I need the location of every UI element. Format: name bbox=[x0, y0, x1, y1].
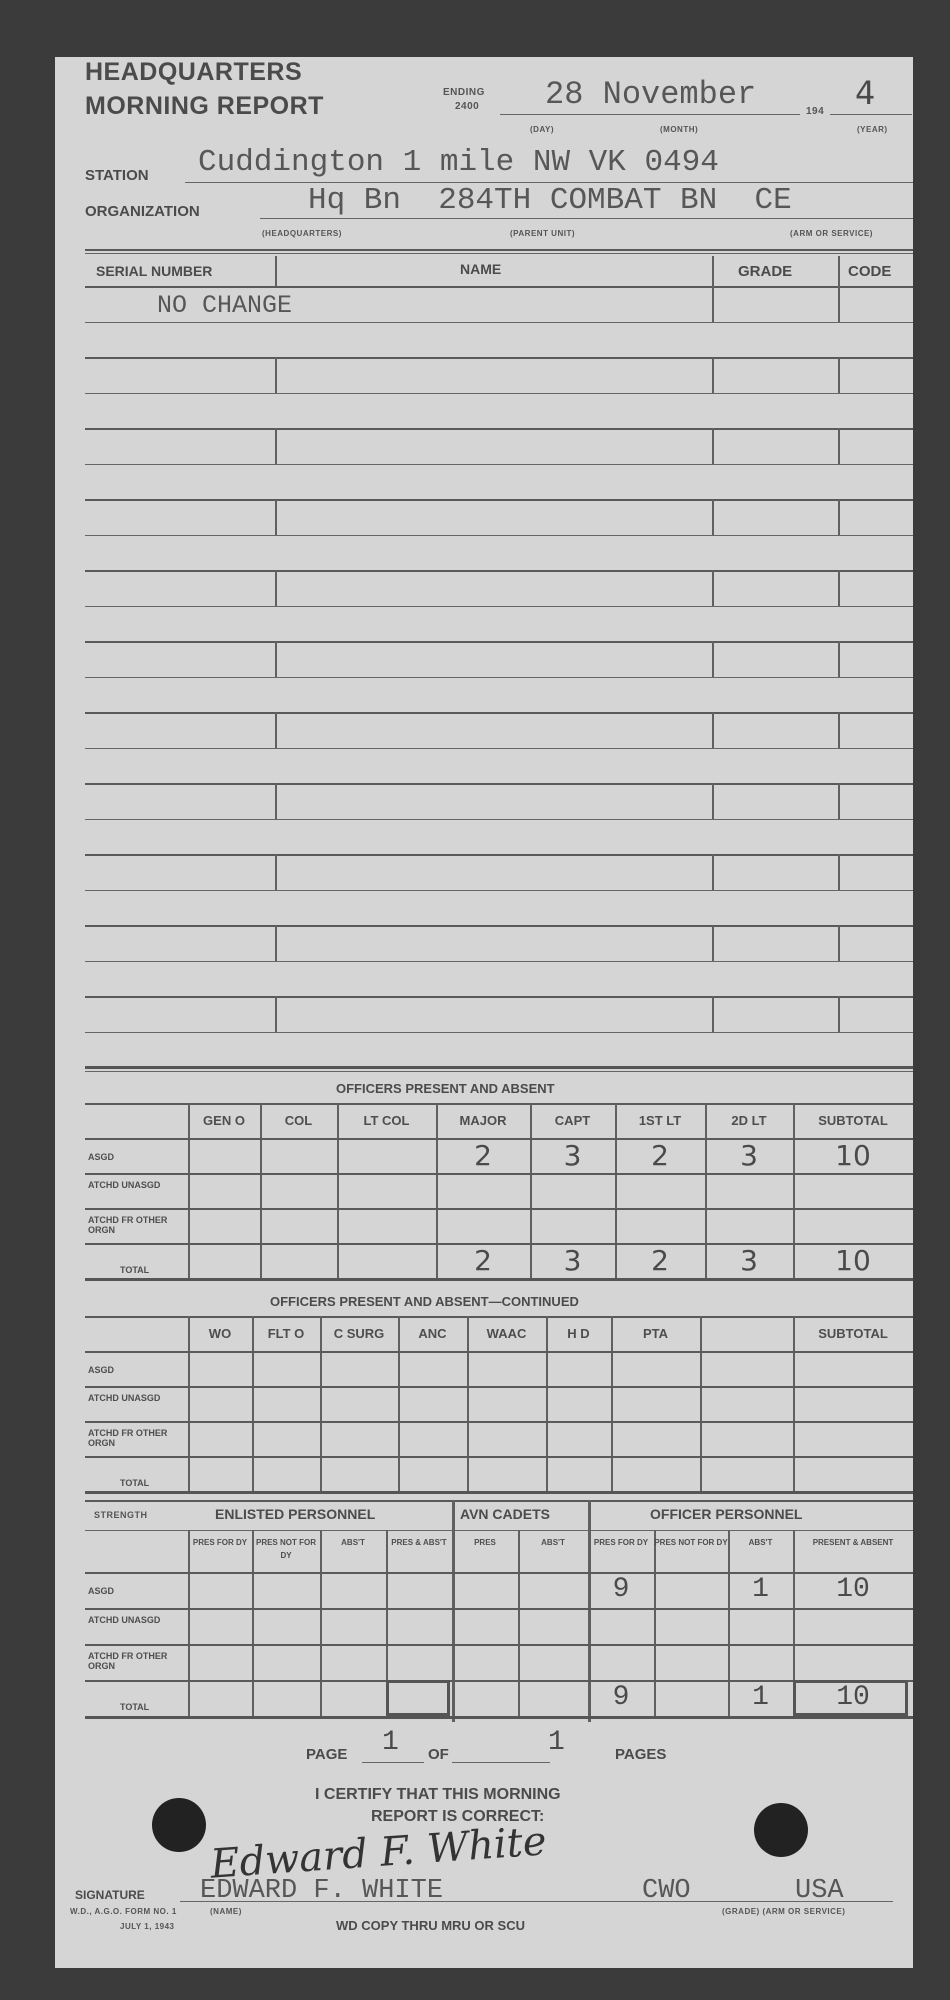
serial-name-divider bbox=[275, 256, 277, 286]
cell-value: 1 bbox=[728, 1574, 793, 1605]
column-divider bbox=[320, 1530, 322, 1716]
column-header: ANC bbox=[398, 1326, 467, 1341]
column-header: WO bbox=[188, 1326, 252, 1341]
cell-value: 10 bbox=[793, 1574, 913, 1605]
column-divider bbox=[700, 1316, 702, 1491]
row-rule bbox=[85, 1351, 913, 1353]
row-divider bbox=[838, 428, 840, 464]
row-label: ASGD bbox=[88, 1152, 183, 1162]
column-header: PRES & ABS'T bbox=[386, 1536, 452, 1549]
row-rule bbox=[85, 322, 913, 323]
row-rule bbox=[85, 535, 913, 536]
row-rule bbox=[85, 1032, 913, 1033]
cell-value: 10 bbox=[793, 1139, 913, 1172]
row-divider bbox=[712, 641, 714, 677]
row-divider bbox=[275, 854, 277, 890]
certify-line-1: I CERTIFY THAT THIS MORNING bbox=[315, 1786, 561, 1804]
headquarters-caption: (HEADQUARTERS) bbox=[262, 229, 342, 238]
row-rule bbox=[85, 641, 913, 643]
group-divider bbox=[452, 1500, 455, 1722]
signature-label: SIGNATURE bbox=[75, 1888, 145, 1902]
column-header: WAAC bbox=[467, 1326, 546, 1341]
report-date: 28 November bbox=[545, 76, 756, 113]
row-divider bbox=[712, 783, 714, 819]
typed-name: EDWARD F. WHITE bbox=[200, 1876, 443, 1906]
cell-value: 2 bbox=[436, 1244, 530, 1277]
column-header: ABS'T bbox=[518, 1536, 588, 1549]
row-divider bbox=[838, 783, 840, 819]
row-divider bbox=[275, 925, 277, 961]
column-header: PTA bbox=[611, 1326, 700, 1341]
column-header: 1ST LT bbox=[615, 1113, 705, 1128]
column-header: SUBTOTAL bbox=[793, 1326, 913, 1341]
avn-cadets-group: AVN CADETS bbox=[460, 1506, 550, 1522]
grid-top-rule bbox=[85, 1103, 913, 1105]
page-number: 1 bbox=[382, 1727, 399, 1758]
column-divider bbox=[337, 1103, 339, 1278]
cell-value: 3 bbox=[530, 1244, 615, 1277]
row-divider bbox=[712, 996, 714, 1032]
column-header: COL bbox=[260, 1113, 337, 1128]
arm-service-caption: (ARM OR SERVICE) bbox=[790, 229, 873, 238]
roster-end-rule bbox=[85, 1071, 913, 1072]
officer-total-box bbox=[793, 1680, 908, 1716]
cell-value: 1 bbox=[728, 1682, 793, 1713]
row-divider bbox=[712, 712, 714, 748]
officers-continued-title: OFFICERS PRESENT AND ABSENT—CONTINUED bbox=[270, 1294, 579, 1309]
column-header: PRES FOR DY bbox=[588, 1536, 654, 1549]
cell-value: 3 bbox=[705, 1244, 793, 1277]
row-divider bbox=[275, 357, 277, 393]
row-label: ATCHD FR OTHER ORGN bbox=[88, 1215, 183, 1235]
cell-value: 2 bbox=[436, 1139, 530, 1172]
year-prefix: 194 bbox=[806, 106, 824, 117]
row-label: ATCHD UNASGD bbox=[88, 1615, 183, 1625]
row-rule bbox=[85, 357, 913, 359]
enlisted-total-box bbox=[386, 1680, 450, 1716]
typed-grade: CWO bbox=[642, 1876, 691, 1906]
row-rule bbox=[85, 499, 913, 501]
row-rule bbox=[85, 1278, 913, 1281]
row-label: TOTAL bbox=[120, 1478, 215, 1488]
cell-value: 3 bbox=[530, 1139, 615, 1172]
row-divider bbox=[275, 499, 277, 535]
pages-label: PAGES bbox=[615, 1746, 666, 1763]
row-label: ASGD bbox=[88, 1586, 183, 1596]
column-header: H D bbox=[546, 1326, 611, 1341]
row-label: TOTAL bbox=[120, 1265, 215, 1275]
row-rule bbox=[85, 677, 913, 678]
row-label: ATCHD UNASGD bbox=[88, 1180, 183, 1190]
group-rule bbox=[85, 1530, 913, 1531]
ending-label: ENDING bbox=[443, 87, 485, 98]
parent-unit-caption: (PARENT UNIT) bbox=[510, 229, 575, 238]
day-caption: (DAY) bbox=[530, 125, 554, 134]
row-rule bbox=[85, 890, 913, 891]
organization-label: ORGANIZATION bbox=[85, 203, 200, 220]
row-divider bbox=[712, 499, 714, 535]
row-divider bbox=[838, 712, 840, 748]
officers-title: OFFICERS PRESENT AND ABSENT bbox=[336, 1081, 555, 1096]
row-divider bbox=[712, 428, 714, 464]
column-divider bbox=[188, 1316, 190, 1491]
grade-arm-caption: (GRADE) (ARM OR SERVICE) bbox=[722, 1907, 845, 1916]
row-divider bbox=[838, 570, 840, 606]
column-divider bbox=[546, 1316, 548, 1491]
column-header: C SURG bbox=[320, 1326, 398, 1341]
row-rule bbox=[85, 1491, 913, 1494]
column-header: ABS'T bbox=[728, 1536, 793, 1549]
row-rule bbox=[85, 1716, 913, 1719]
row-label: ATCHD FR OTHER ORGN bbox=[88, 1428, 183, 1448]
column-divider bbox=[793, 1316, 795, 1491]
column-divider bbox=[188, 1103, 190, 1278]
row-divider bbox=[275, 783, 277, 819]
column-header: CAPT bbox=[530, 1113, 615, 1128]
row-divider bbox=[275, 712, 277, 748]
row-rule bbox=[85, 1644, 913, 1646]
column-header: ABS'T bbox=[320, 1536, 386, 1549]
row-divider bbox=[838, 286, 840, 322]
row-label: TOTAL bbox=[120, 1702, 215, 1712]
month-caption: (MONTH) bbox=[660, 125, 698, 134]
of-label: OF bbox=[428, 1746, 449, 1763]
row-rule bbox=[85, 1173, 913, 1175]
row-rule bbox=[85, 428, 913, 430]
row-rule bbox=[85, 464, 913, 465]
typed-arm: USA bbox=[795, 1876, 844, 1906]
row-divider bbox=[712, 286, 714, 322]
row-divider bbox=[838, 357, 840, 393]
column-divider bbox=[188, 1530, 190, 1716]
column-header: FLT O bbox=[252, 1326, 320, 1341]
row-divider bbox=[838, 641, 840, 677]
row-divider bbox=[838, 925, 840, 961]
row-divider bbox=[838, 854, 840, 890]
organization-value: Hq Bn 284TH COMBAT BN CE bbox=[308, 183, 792, 218]
roster-entry: NO CHANGE bbox=[157, 291, 292, 320]
cell-value: 2 bbox=[615, 1139, 705, 1172]
row-rule bbox=[85, 393, 913, 394]
punch-hole-left bbox=[152, 1798, 206, 1852]
form-date: JULY 1, 1943 bbox=[120, 1922, 174, 1931]
station-label: STATION bbox=[85, 167, 149, 184]
row-divider bbox=[712, 925, 714, 961]
cell-value: 3 bbox=[705, 1139, 793, 1172]
column-divider bbox=[654, 1530, 656, 1716]
column-divider bbox=[611, 1316, 613, 1491]
grade-code-divider bbox=[838, 256, 840, 286]
roster-header-rule bbox=[85, 286, 913, 288]
form-title-headquarters: HEADQUARTERS bbox=[85, 60, 302, 85]
cell-value: 9 bbox=[588, 1574, 654, 1605]
row-label: ASGD bbox=[88, 1365, 183, 1375]
row-divider bbox=[275, 428, 277, 464]
name-grade-divider bbox=[712, 256, 714, 286]
column-divider bbox=[467, 1316, 469, 1491]
row-rule bbox=[85, 819, 913, 820]
row-divider bbox=[712, 854, 714, 890]
page-label: PAGE bbox=[306, 1746, 347, 1763]
year-caption: (YEAR) bbox=[857, 125, 888, 134]
row-divider bbox=[838, 996, 840, 1032]
strength-label: STRENGTH bbox=[94, 1510, 148, 1520]
row-label: ATCHD UNASGD bbox=[88, 1393, 183, 1403]
row-rule bbox=[85, 1386, 913, 1388]
strength-top-rule bbox=[85, 1500, 913, 1502]
row-rule bbox=[85, 925, 913, 927]
station-value: Cuddington 1 mile NW VK 0494 bbox=[198, 145, 719, 180]
officer-personnel-group: OFFICER PERSONNEL bbox=[650, 1506, 802, 1522]
column-name: NAME bbox=[460, 261, 501, 277]
row-rule bbox=[85, 1456, 913, 1458]
row-rule bbox=[85, 606, 913, 607]
column-header: PRES NOT FOR DY bbox=[654, 1536, 728, 1549]
form-reference: W.D., A.G.O. FORM NO. 1 bbox=[70, 1907, 177, 1916]
column-header: MAJOR bbox=[436, 1113, 530, 1128]
copy-note: WD COPY THRU MRU OR SCU bbox=[336, 1918, 525, 1933]
row-divider bbox=[275, 570, 277, 606]
cell-value: 2 bbox=[615, 1244, 705, 1277]
column-header: SUBTOTAL bbox=[793, 1113, 913, 1128]
row-divider bbox=[275, 641, 277, 677]
column-grade: GRADE bbox=[738, 263, 792, 280]
column-header: LT COL bbox=[337, 1113, 436, 1128]
column-divider bbox=[398, 1316, 400, 1491]
total-pages: 1 bbox=[548, 1727, 565, 1758]
row-divider bbox=[838, 499, 840, 535]
column-header: PRESENT & ABSENT bbox=[793, 1536, 913, 1549]
row-rule bbox=[85, 996, 913, 998]
row-rule bbox=[85, 570, 913, 572]
row-divider bbox=[712, 357, 714, 393]
roster-end-rule bbox=[85, 1066, 913, 1069]
grid-top-rule bbox=[85, 1316, 913, 1318]
row-rule bbox=[85, 961, 913, 962]
row-rule bbox=[85, 712, 913, 714]
cell-value: 9 bbox=[588, 1682, 654, 1713]
report-year: 4 bbox=[855, 74, 875, 112]
column-header: 2D LT bbox=[705, 1113, 793, 1128]
time-label: 2400 bbox=[455, 101, 479, 112]
column-divider bbox=[518, 1530, 520, 1716]
punch-hole-right bbox=[754, 1803, 808, 1857]
name-caption: (NAME) bbox=[210, 1907, 242, 1916]
cell-value: 10 bbox=[793, 1244, 913, 1277]
row-divider bbox=[712, 570, 714, 606]
row-divider bbox=[275, 996, 277, 1032]
row-rule bbox=[85, 854, 913, 856]
form-title-morning-report: MORNING REPORT bbox=[85, 94, 324, 119]
row-rule bbox=[85, 1421, 913, 1423]
row-rule bbox=[85, 748, 913, 749]
column-code: CODE bbox=[848, 263, 891, 280]
row-rule bbox=[85, 783, 913, 785]
column-serial-number: SERIAL NUMBER bbox=[96, 263, 212, 279]
column-divider bbox=[320, 1316, 322, 1491]
row-label: ATCHD FR OTHER ORGN bbox=[88, 1651, 183, 1671]
column-header: PRES NOT FOR DY bbox=[252, 1536, 320, 1562]
column-divider bbox=[252, 1316, 254, 1491]
column-header: PRES bbox=[452, 1536, 518, 1549]
enlisted-personnel-group: ENLISTED PERSONNEL bbox=[215, 1506, 375, 1522]
column-divider bbox=[260, 1103, 262, 1278]
row-rule bbox=[85, 1208, 913, 1210]
column-header: PRES FOR DY bbox=[188, 1536, 252, 1549]
row-rule bbox=[85, 1608, 913, 1610]
column-header: GEN O bbox=[188, 1113, 260, 1128]
